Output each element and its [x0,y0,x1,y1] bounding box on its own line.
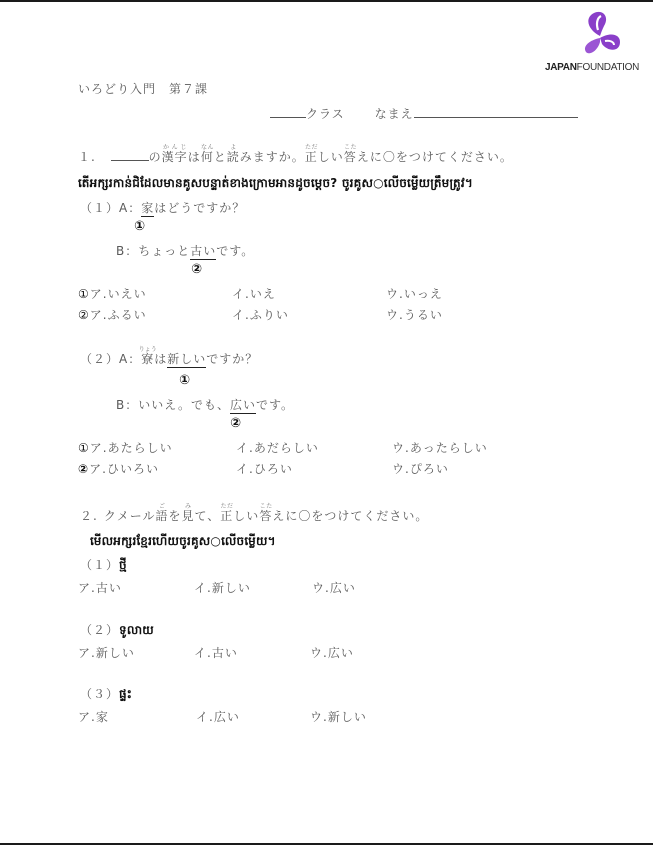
q2-line-a: （２）A：寮りょうは新しいですか？ [80,346,258,371]
option-u[interactable]: ウ.あったらしい [392,439,488,456]
option-a[interactable]: ア.あたらしい [90,441,173,455]
q1-underlined-kanji-2: 古い [190,244,216,260]
q1-mark-1: ① [134,219,145,234]
section1-blank [111,150,149,161]
option-i[interactable]: イ.古い [194,644,238,661]
class-blank[interactable] [270,107,306,118]
class-label: クラス [306,107,345,121]
option-a[interactable]: ア.ひいろい [89,462,159,476]
class-name-line: クラスなまえ [270,105,578,122]
q1-line-a: （１）A：家はどうですか？ [80,199,245,216]
q1-underlined-kanji-1: 家 [141,201,154,217]
option-i[interactable]: イ.あだらしい [236,439,319,456]
section1-instruction: １. の漢字かんじは何なんと読よみますか。正ただしい答こたえに〇をつけてください… [78,144,513,169]
option-a[interactable]: ア.新しい [78,644,135,661]
q2-options-row-1: ①ア.あたらしい [78,439,173,456]
course-title: いろどり入門 第７課 [78,80,208,97]
q2-options-row-2: ②ア.ひいろい [78,460,159,477]
section1-number: １. [78,150,96,164]
option-i[interactable]: イ.新しい [194,579,251,596]
name-label: なまえ [375,107,414,121]
page-top-border [0,0,653,2]
option-u[interactable]: ウ.新しい [310,708,367,725]
q2-line-b: B：いいえ。でも、広いです。 [116,396,294,413]
option-u[interactable]: ウ.広い [310,644,354,661]
option-i[interactable]: イ.ふりい [232,306,289,323]
page-bottom-border [0,843,653,845]
option-a[interactable]: ア.古い [78,579,122,596]
q1-options-row-2: ②ア.ふるい [78,306,147,323]
section2-khmer-instruction: មើលអក្សរខ្មែរហើយចូរគូស○លើចម្លើយ។ [90,533,276,551]
option-a[interactable]: ア.いえい [90,287,147,301]
s2-q1-prompt: （１）ថ្មី [80,556,127,575]
option-u[interactable]: ウ.うるい [386,306,443,323]
logo-wordmark: JAPANFOUNDATION [545,62,639,73]
q1-mark-2: ② [191,262,202,277]
option-i[interactable]: イ.いえ [232,285,276,302]
q2-mark-2: ② [230,416,241,431]
option-a[interactable]: ア.家 [78,708,109,725]
q1-line-b: B：ちょっと古いです。 [116,242,254,259]
option-a[interactable]: ア.ふるい [90,308,147,322]
name-blank[interactable] [414,107,578,118]
q2-mark-1: ① [179,373,190,388]
option-i[interactable]: イ.広い [196,708,240,725]
butterfly-logo-icon [580,10,624,60]
option-u[interactable]: ウ.いっえ [386,285,443,302]
japan-foundation-logo: JAPANFOUNDATION [570,10,630,76]
s2-q3-prompt: （３）ផ្ទះ [80,685,132,704]
q1-options-row-1: ①ア.いえい [78,285,147,302]
section2-instruction: ２.クメール語ごを見みて、正ただしい答こたえに〇をつけてください。 [80,503,428,528]
option-u[interactable]: ウ.ぴろい [392,460,449,477]
section1-khmer-instruction: តើអក្សរកាន់ជិដែលមានគូសបន្ទាត់ខាងក្រោមអាន… [78,175,473,193]
q2-underlined-kanji-2: 広い [230,398,256,414]
option-u[interactable]: ウ.広い [312,579,356,596]
q2-underlined-kanji-1: 新しい [167,352,206,368]
s2-q2-prompt: （２）ទូលាយ [80,621,154,640]
option-i[interactable]: イ.ひろい [236,460,293,477]
